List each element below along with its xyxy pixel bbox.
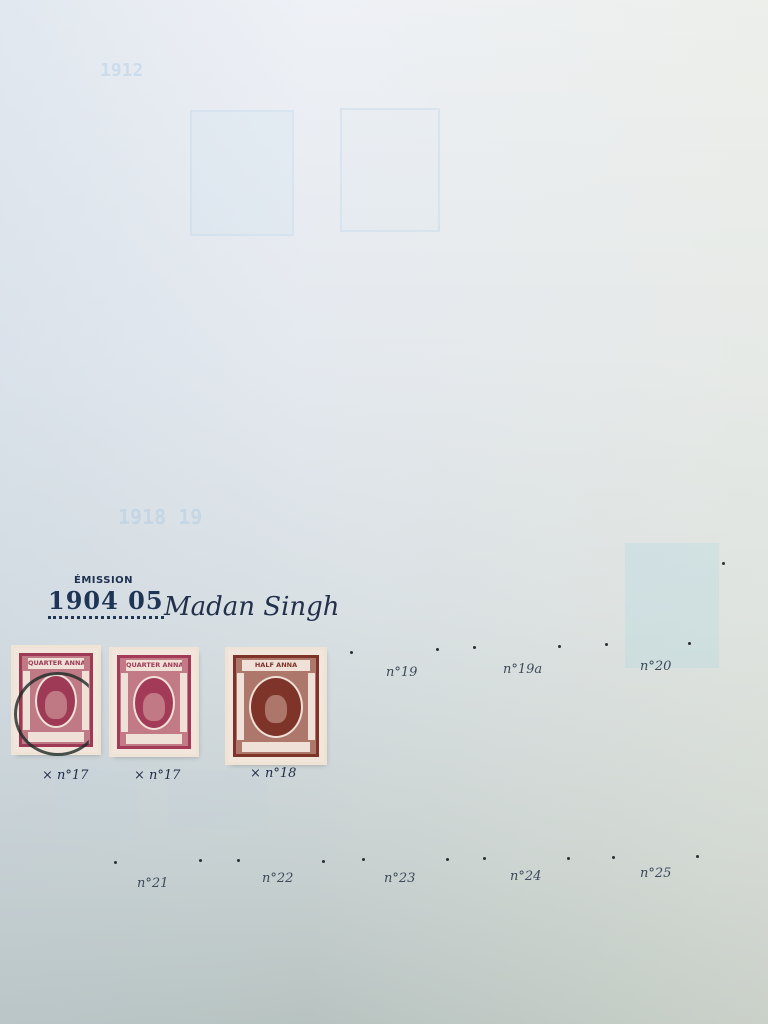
slot-corner-dot [350, 651, 353, 654]
slot-corner-dot [567, 857, 570, 860]
slot-corner-dot [446, 858, 449, 861]
stamp-denomination: QUARTER ANNA [28, 658, 84, 669]
slot-corner-dot [114, 861, 117, 864]
slot-corner-dot [362, 858, 365, 861]
stamp-caption: × n°17 [134, 768, 180, 783]
stamp-caption: × n°18 [250, 766, 296, 781]
slot-label: n°19 [386, 665, 417, 680]
slot-corner-dot [473, 646, 476, 649]
slot-corner-dot [199, 859, 202, 862]
slot-corner-dot [322, 860, 325, 863]
stamp-denomination: QUARTER ANNA [126, 660, 182, 671]
slot-label: n°24 [510, 869, 541, 884]
slot-corner-dot [483, 857, 486, 860]
ghost-stamp-slot [625, 543, 719, 668]
ghost-stamp-slot [340, 108, 440, 232]
slot-corner-dot [722, 562, 725, 565]
stamp-denomination: HALF ANNA [242, 660, 310, 671]
slot-corner-dot [605, 643, 608, 646]
slot-label: n°25 [640, 866, 671, 881]
slot-corner-dot [688, 642, 691, 645]
slot-label: n°19a [503, 662, 542, 677]
portrait-oval [249, 676, 303, 738]
slot-label: n°21 [137, 876, 168, 891]
slot-corner-dot [612, 856, 615, 859]
slot-corner-dot [696, 855, 699, 858]
slot-corner-dot [558, 645, 561, 648]
slot-label: n°23 [384, 871, 415, 886]
emission-years: 1904 05 [48, 586, 164, 619]
slot-corner-dot [237, 859, 240, 862]
emission-label: ÉMISSION [74, 575, 133, 586]
ruler-name-handwritten: Madan Singh [164, 592, 340, 622]
slot-label: n°22 [262, 871, 293, 886]
slot-corner-dot [436, 648, 439, 651]
ghost-stamp-slot [190, 110, 294, 236]
ghost-year-mid: 1918 19 [118, 505, 202, 529]
ghost-year-top: 1912 [100, 60, 143, 81]
stamp-half-anna: HALF ANNA [228, 650, 324, 762]
portrait-oval [133, 676, 175, 730]
stamp-quarter-anna-mint: QUARTER ANNA [112, 650, 196, 754]
stamp-caption: × n°17 [42, 768, 88, 783]
slot-label: n°20 [640, 659, 671, 674]
